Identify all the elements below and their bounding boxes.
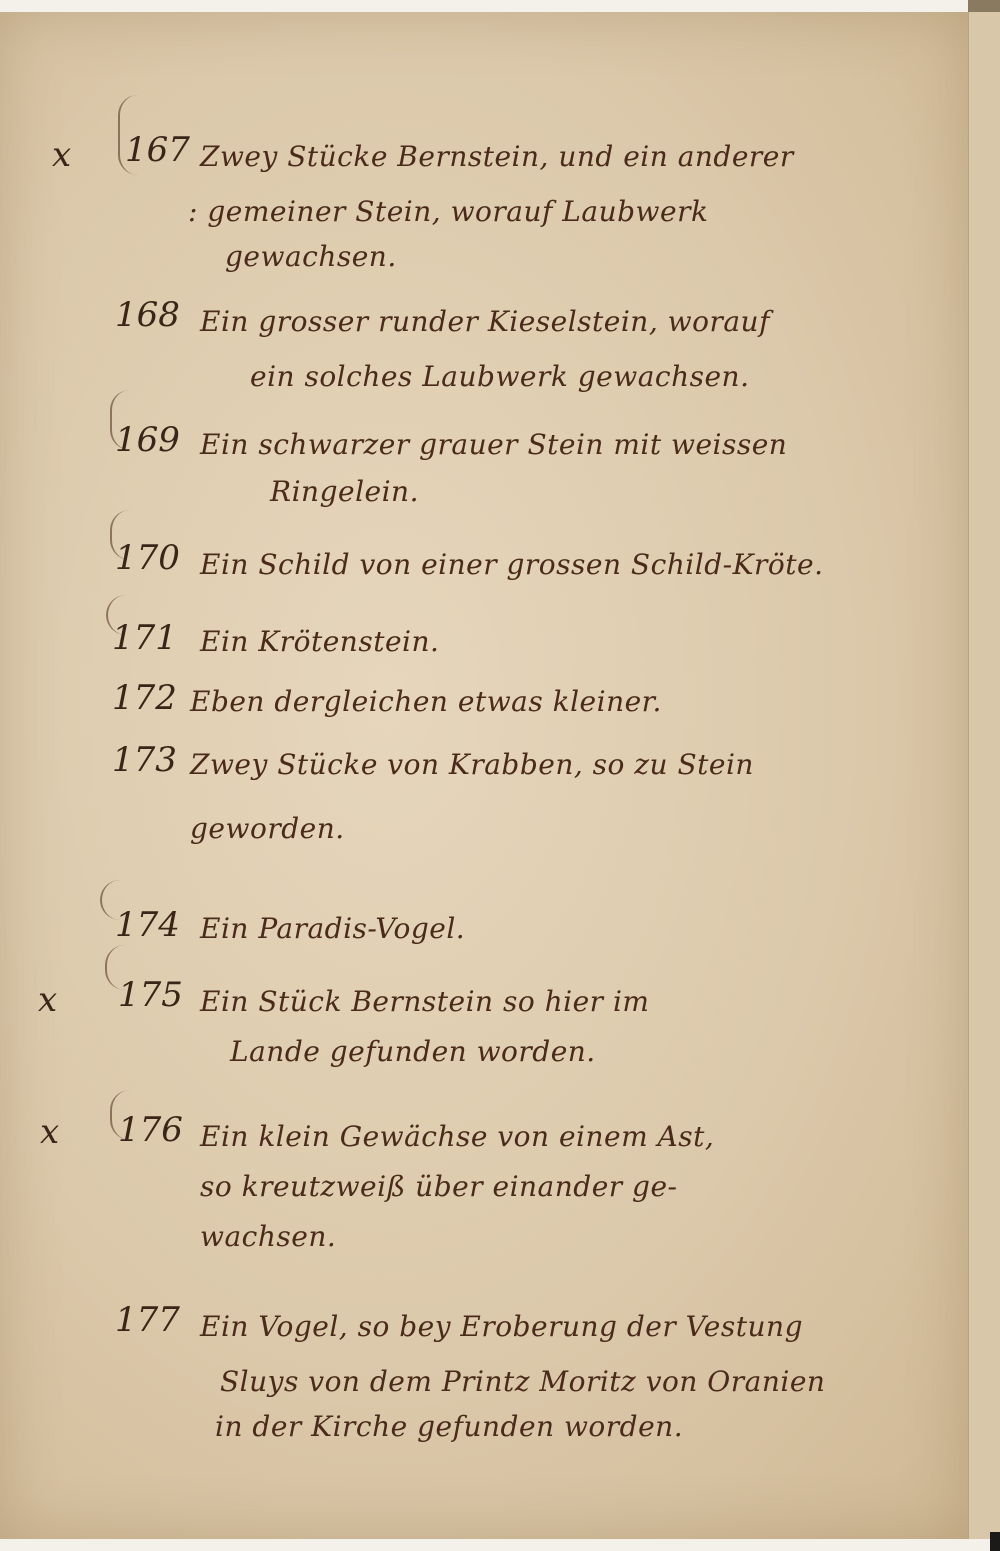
entry-number: 176 bbox=[118, 1110, 183, 1150]
adjacent-page-edge bbox=[968, 12, 1000, 1539]
entry-text-line: : gemeiner Stein, worauf Laubwerk bbox=[188, 195, 708, 228]
entry-text-line: Eben dergleichen etwas kleiner. bbox=[190, 685, 662, 718]
entry-text-line: so kreutzweiß über einander ge- bbox=[200, 1170, 678, 1203]
entry-text-line: Ein Stück Bernstein so hier im bbox=[200, 985, 649, 1018]
entry-text-line: Ringelein. bbox=[270, 475, 419, 508]
entry-number: 168 bbox=[115, 295, 180, 335]
entry-text-line: geworden. bbox=[190, 812, 345, 845]
entry-text-line: Sluys von dem Printz Moritz von Oranien bbox=[220, 1365, 825, 1398]
entry-text-line: Ein Schild von einer grossen Schild-Kröt… bbox=[200, 548, 823, 581]
entry-text-line: Ein Paradis-Vogel. bbox=[200, 912, 465, 945]
x-mark: x bbox=[38, 980, 57, 1020]
entry-number: 174 bbox=[115, 905, 180, 945]
entry-number: 169 bbox=[115, 420, 180, 460]
entry-number: 171 bbox=[112, 618, 177, 658]
entry-number: 173 bbox=[112, 740, 177, 780]
entry-number: 167 bbox=[125, 130, 190, 170]
entry-number: 177 bbox=[115, 1300, 180, 1340]
entry-text-line: Ein grosser runder Kieselstein, worauf bbox=[200, 305, 770, 338]
entry-text-line: ein solches Laubwerk gewachsen. bbox=[250, 360, 749, 393]
x-mark: x bbox=[52, 135, 71, 175]
entry-text-line: Zwey Stücke von Krabben, so zu Stein bbox=[190, 748, 754, 781]
entry-text-line: gewachsen. bbox=[225, 240, 397, 273]
entry-text-line: Ein Vogel, so bey Eroberung der Vestung bbox=[200, 1310, 803, 1343]
entry-number: 170 bbox=[115, 538, 180, 578]
entry-text-line: Ein schwarzer grauer Stein mit weissen bbox=[200, 428, 787, 461]
entry-text-line: in der Kirche gefunden worden. bbox=[215, 1410, 683, 1443]
entry-text-line: wachsen. bbox=[200, 1220, 336, 1253]
entry-text-line: Ein Krötenstein. bbox=[200, 625, 439, 658]
entry-text-line: Ein klein Gewächse von einem Ast, bbox=[200, 1120, 714, 1153]
x-mark: x bbox=[40, 1112, 59, 1152]
entry-number: 172 bbox=[112, 678, 177, 718]
entry-text-line: Lande gefunden worden. bbox=[230, 1035, 596, 1068]
entry-number: 175 bbox=[118, 975, 183, 1015]
entry-text-line: Zwey Stücke Bernstein, und ein anderer bbox=[200, 140, 794, 173]
binding-edge-bottom bbox=[990, 1532, 1000, 1551]
